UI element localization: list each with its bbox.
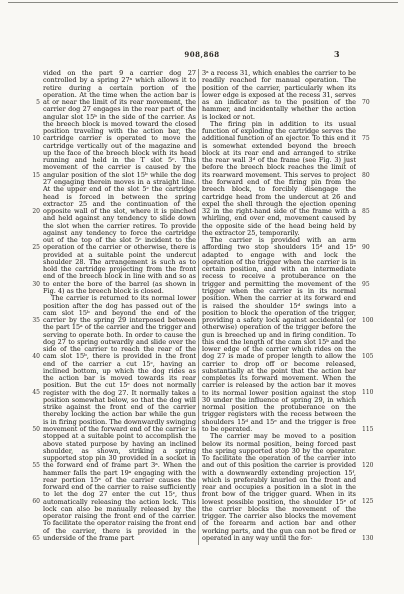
- line-number: 5: [24, 99, 40, 106]
- patent-page: 908,868 3 5101520253035404550556065 vide…: [0, 0, 404, 594]
- line-number: 10: [24, 135, 40, 142]
- left-column: vided on the part 9 a carrier dog 27 con…: [43, 70, 196, 542]
- paragraph: The carrier is provided with an arm affo…: [202, 237, 356, 433]
- line-number: 60: [24, 498, 40, 505]
- line-number: 90: [362, 244, 382, 251]
- line-number: 30: [24, 281, 40, 288]
- patent-number: 908,868: [0, 50, 404, 59]
- line-number: 75: [362, 135, 382, 142]
- column-divider: [198, 69, 199, 545]
- line-number: 65: [24, 535, 40, 542]
- line-number: 85: [362, 208, 382, 215]
- paragraph: vided on the part 9 a carrier dog 27 con…: [43, 70, 196, 295]
- line-number: 50: [24, 426, 40, 433]
- paragraph: The carrier may be moved to a position b…: [202, 433, 356, 542]
- left-line-numbers: 5101520253035404550556065: [24, 70, 40, 542]
- scan-edge-line: [8, 2, 398, 3]
- line-number: 115: [362, 426, 382, 433]
- line-number: 110: [362, 389, 382, 396]
- line-number: 25: [24, 244, 40, 251]
- line-number: 80: [362, 172, 382, 179]
- page-number: 3: [334, 49, 340, 59]
- line-number: 55: [24, 462, 40, 469]
- line-number: 40: [24, 353, 40, 360]
- line-number: 120: [362, 462, 382, 469]
- line-number: 20: [24, 208, 40, 215]
- line-number: 35: [24, 317, 40, 324]
- text-body: 5101520253035404550556065 vided on the p…: [0, 70, 404, 544]
- line-number: 70: [362, 99, 382, 106]
- right-line-numbers: 707580859095100105110115120125130: [362, 70, 382, 542]
- paragraph: The firing pin in addition to its usual …: [202, 121, 356, 237]
- paragraph: 3ᵃ a recess 31, which enables the carrie…: [202, 70, 356, 121]
- line-number: 15: [24, 172, 40, 179]
- line-number: 100: [362, 317, 382, 324]
- line-number: 130: [362, 535, 382, 542]
- line-number: 105: [362, 353, 382, 360]
- line-number: 95: [362, 281, 382, 288]
- line-number: 45: [24, 389, 40, 396]
- line-number: 125: [362, 498, 382, 505]
- right-column: 3ᵃ a recess 31, which enables the carrie…: [202, 70, 356, 542]
- paragraph: The carrier is returned to its normal lo…: [43, 295, 196, 542]
